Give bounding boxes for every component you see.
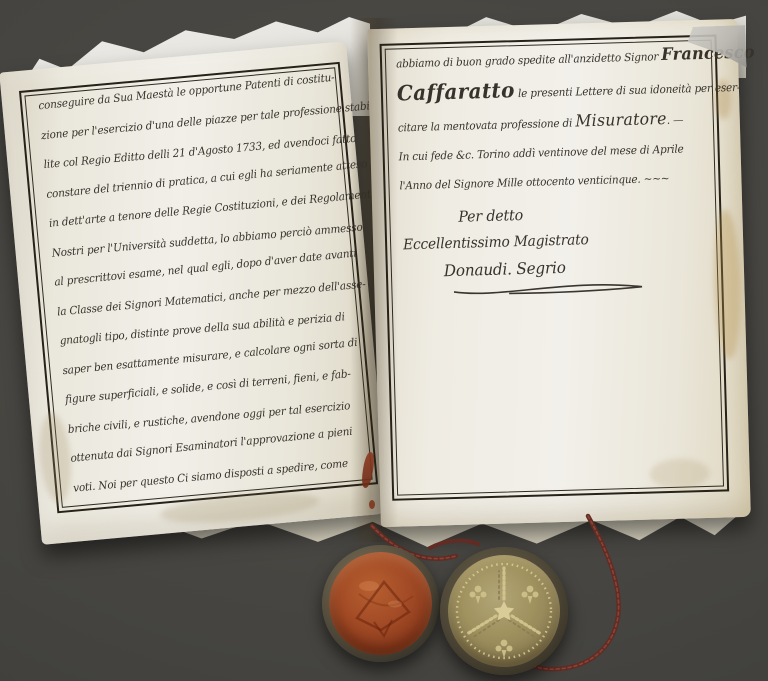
per-detto-line: Per detto: [458, 204, 703, 224]
line-text: citare la mentovata professione di: [398, 116, 576, 134]
manuscript-line: citare la mentovata professione di Misur…: [398, 111, 699, 134]
wax-impression: [329, 552, 432, 655]
manuscript-line: figure superficiali, e solide, e così di…: [65, 367, 352, 406]
line-text: . —: [667, 113, 684, 126]
manuscript-line: In cui fede &c. Torino addì ventinove de…: [399, 142, 699, 163]
red-wax-face: [329, 552, 432, 655]
right-page: abbiamo di buon grado spedite all'anzide…: [367, 19, 751, 527]
wax-remnant-dot: [369, 500, 375, 509]
name-caffaratto: Caffaratto: [397, 77, 516, 105]
manuscript-line: zione per l'esercizio d'una delle piazze…: [40, 103, 327, 142]
left-page-handwritten-text: conseguire da Sua Maestà le opportune Pa…: [38, 72, 375, 494]
brass-seal-face: [448, 555, 560, 667]
red-wax-seal: [322, 545, 439, 662]
left-page: conseguire da Sua Maestà le opportune Pa…: [0, 41, 389, 545]
manuscript-line: Caffaratto le presenti Lettere di sua id…: [397, 78, 698, 103]
manuscript-line: l'Anno del Signore Mille ottocento venti…: [399, 171, 699, 192]
magistrate-line: Eccellentissimo Magistrato: [403, 231, 702, 252]
right-page-handwritten-text: abbiamo di buon grado spedite all'anzide…: [396, 48, 718, 279]
manuscript-photo: conseguire da Sua Maestà le opportune Pa…: [0, 0, 768, 681]
manuscript-line: in dett'arte a tenore delle Regie Costit…: [49, 191, 336, 230]
manuscript-line: la Classe dei Signori Matematici, anche …: [57, 279, 344, 318]
brass-seal: [440, 547, 568, 675]
line-text: le presenti Lettere di sua idoneità per …: [515, 81, 741, 100]
word-misuratore: Misuratore: [575, 109, 667, 131]
brass-ornament: [448, 555, 560, 667]
